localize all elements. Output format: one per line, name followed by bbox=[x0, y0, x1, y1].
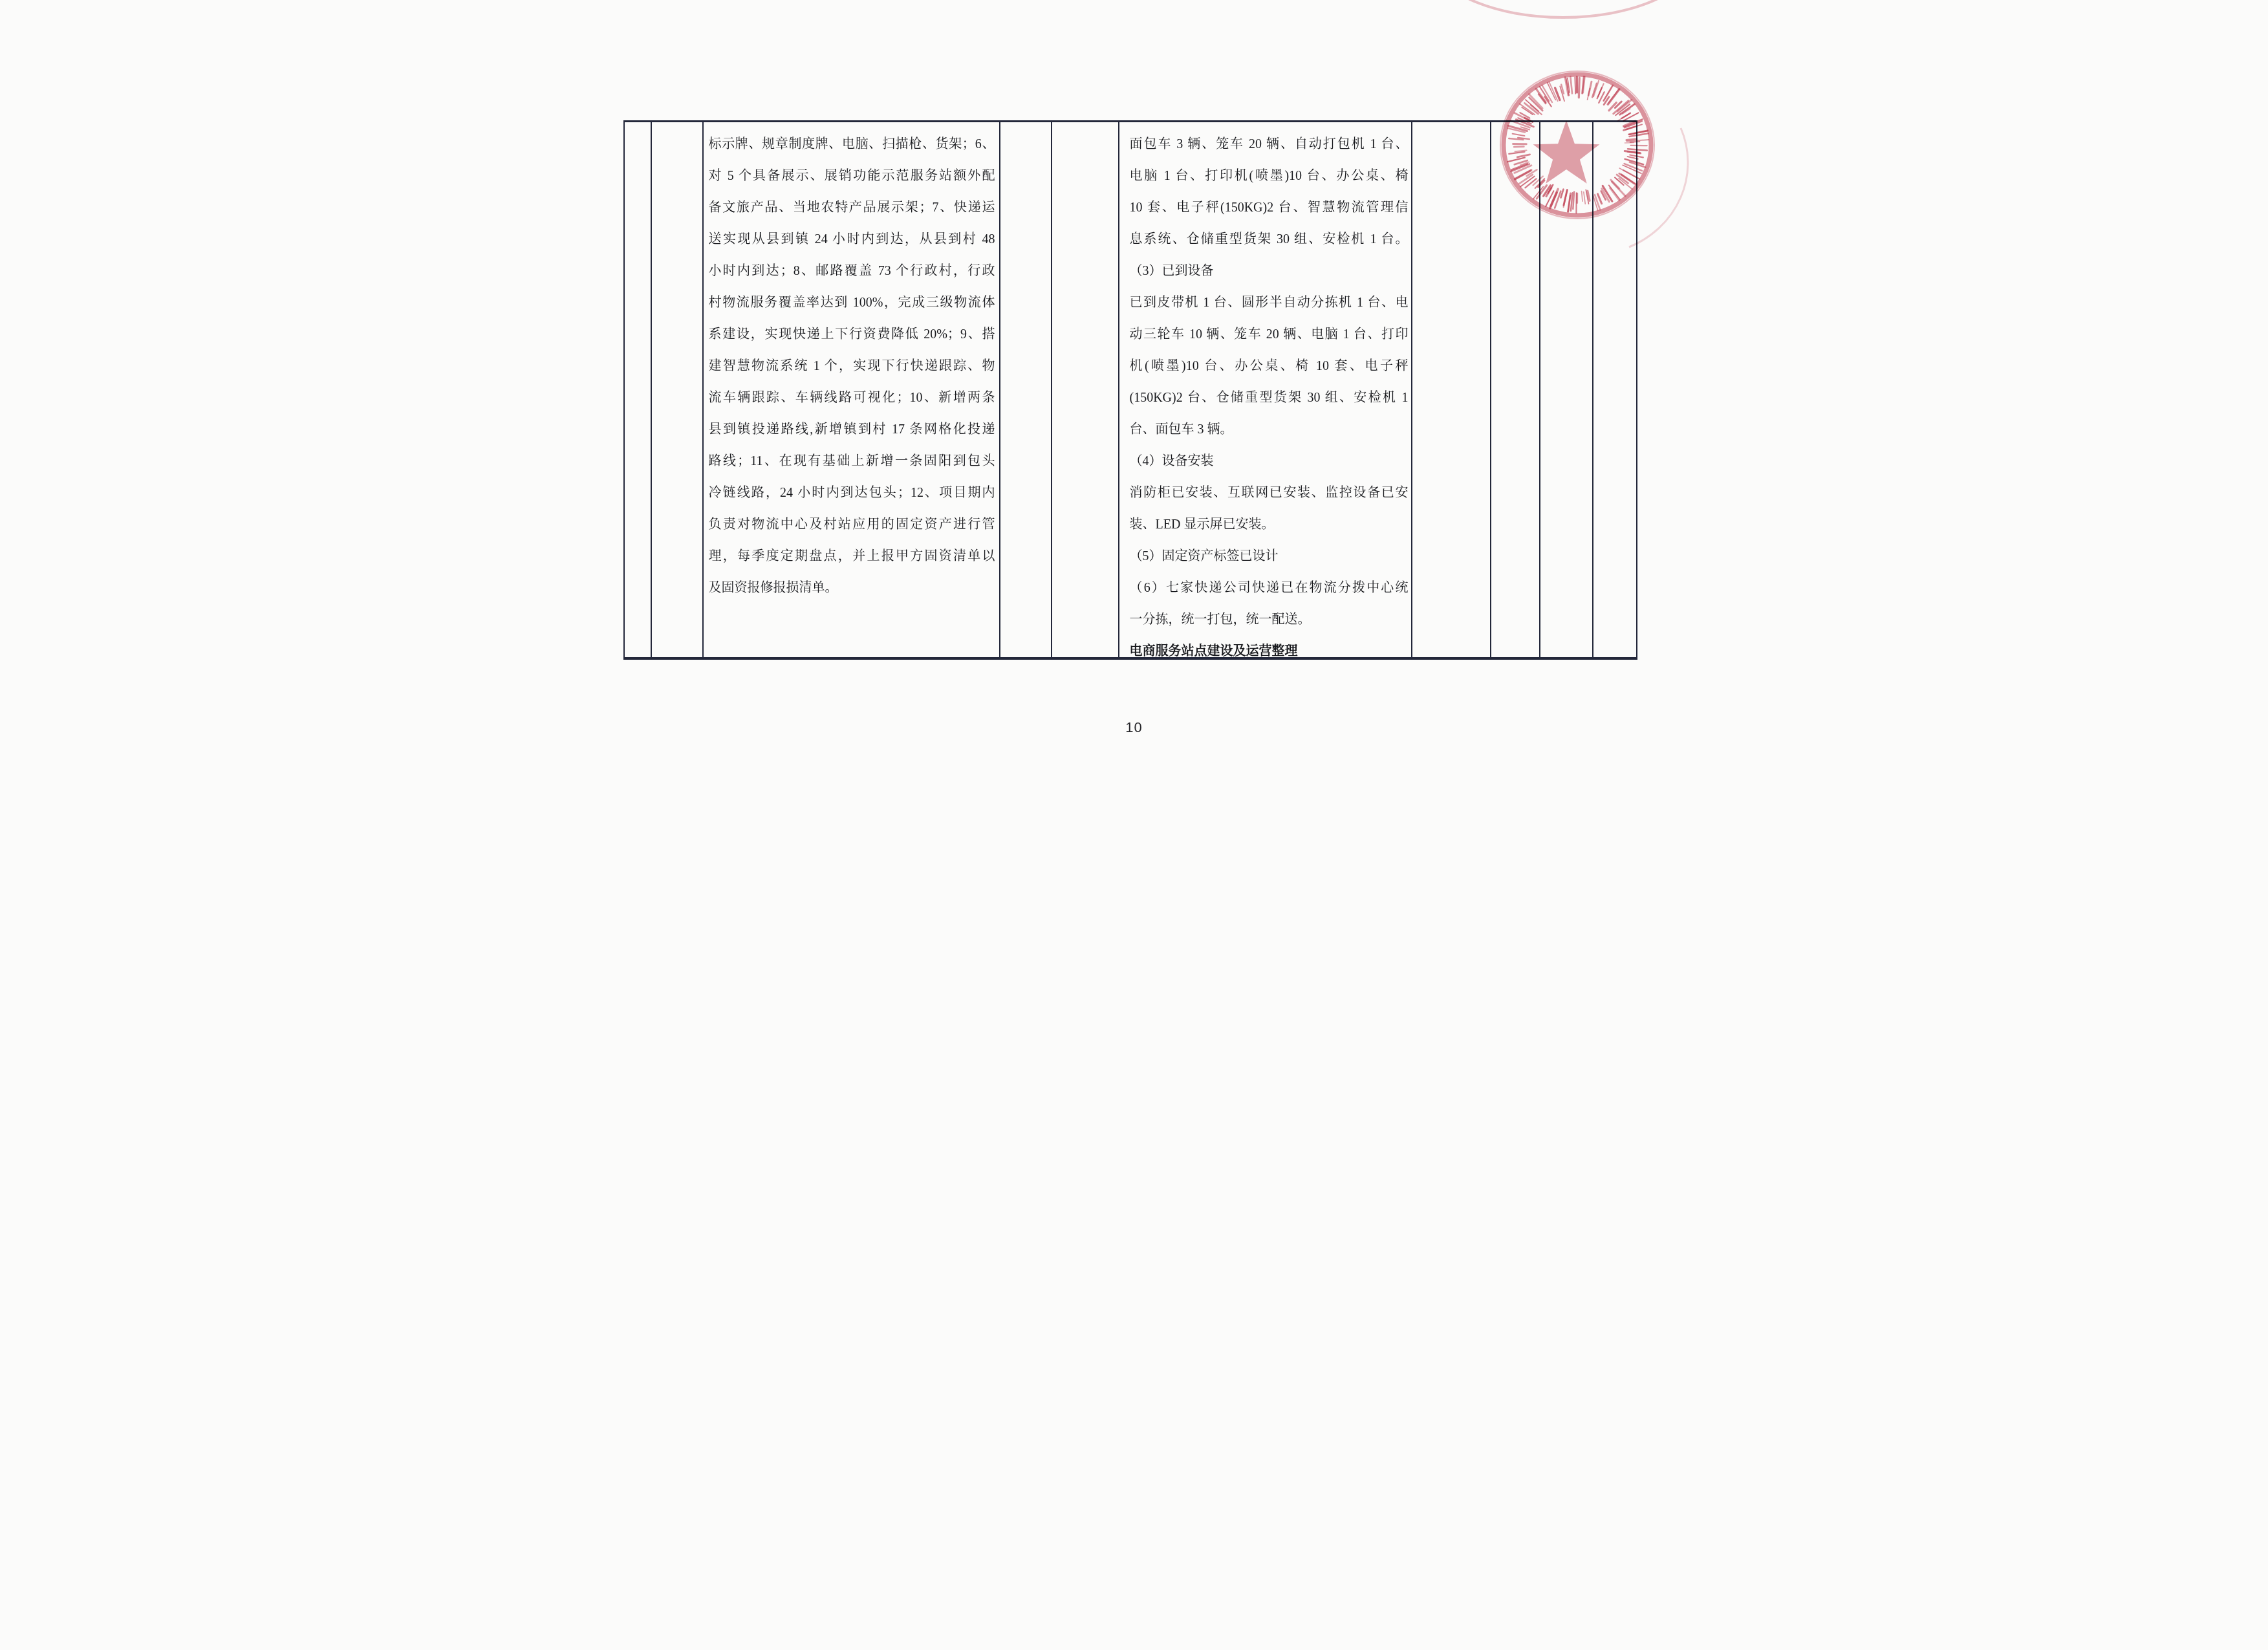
table-gridline bbox=[1592, 122, 1593, 657]
text-line: 负责对物流中心及村站应用的固定资产进行管 bbox=[709, 509, 995, 541]
text-line: 台、面包车 3 辆。 bbox=[1130, 414, 1409, 446]
seal-script-stroke bbox=[1615, 104, 1630, 115]
text-line: 装、LED 显示屏已安装。 bbox=[1130, 509, 1409, 541]
seal-script-stroke bbox=[1575, 77, 1575, 94]
text-line: （3）已到设备 bbox=[1130, 255, 1409, 287]
seal-script-stroke bbox=[1570, 77, 1572, 94]
work-content-cell: 标示牌、规章制度牌、电脑、扫描枪、货架；6、对 5 个具备展示、展销功能示范服务… bbox=[702, 122, 999, 657]
seal-script-stroke bbox=[1592, 83, 1597, 98]
seal-script-stroke bbox=[1623, 113, 1638, 120]
page-number: 10 bbox=[567, 719, 1701, 736]
seal-script-stroke bbox=[1604, 97, 1609, 105]
text-line: （4）设备安装 bbox=[1130, 446, 1409, 477]
seal-script-stroke bbox=[1544, 96, 1551, 106]
seal-script-stroke bbox=[1613, 101, 1628, 114]
seal-script-stroke bbox=[1608, 89, 1619, 105]
seal-script-stroke bbox=[1582, 77, 1584, 93]
seal-script-stroke bbox=[1608, 103, 1615, 111]
seal-script-stroke bbox=[1593, 81, 1599, 96]
text-line: 对 5 个具备展示、展销功能示范服务站额外配 bbox=[709, 160, 995, 192]
seal-script-stroke bbox=[1524, 103, 1538, 114]
seal-script-stroke bbox=[1617, 100, 1632, 111]
seal-script-stroke bbox=[1539, 94, 1546, 103]
seal-script-stroke bbox=[1536, 89, 1546, 102]
table-gridline bbox=[1411, 122, 1412, 657]
text-line: 备文旅产品、当地农特产品展示架；7、快递运 bbox=[709, 192, 995, 224]
text-line: 10 套、电子秤(150KG)2 台、智慧物流管理信 bbox=[1130, 192, 1409, 224]
seal-script-stroke bbox=[1519, 104, 1534, 115]
seal-script-stroke bbox=[1597, 88, 1601, 99]
seal-script-stroke bbox=[1530, 105, 1541, 114]
seal-script-stroke bbox=[1567, 78, 1569, 92]
seal-script-stroke bbox=[1539, 87, 1549, 102]
seal-script-stroke bbox=[1542, 85, 1552, 103]
table-gridline bbox=[1051, 122, 1052, 657]
text-line: 理，每季度定期盘点，并上报甲方固资清单以 bbox=[709, 541, 995, 572]
text-line: （6）七家快递公司快递已在物流分拨中心统 bbox=[1130, 572, 1409, 604]
table-gridline bbox=[651, 122, 652, 657]
seal-script-stroke bbox=[1555, 88, 1559, 100]
text-line: 标示牌、规章制度牌、电脑、扫描枪、货架；6、 bbox=[709, 129, 995, 160]
text-line: 系建设，实现快递上下行资费降低 20%；9、搭 bbox=[709, 319, 995, 351]
seal-script-stroke bbox=[1579, 78, 1579, 98]
text-line: 及固资报修报损清单。 bbox=[709, 572, 995, 604]
text-line: 一分拣，统一打包，统一配送。 bbox=[1130, 604, 1409, 636]
seal-script-stroke bbox=[1588, 81, 1592, 96]
text-line: 面包车 3 辆、笼车 20 辆、自动打包机 1 台、 bbox=[1130, 129, 1409, 160]
text-line: 电脑 1 台、打印机(喷墨)10 台、办公桌、椅 bbox=[1130, 160, 1409, 192]
text-line: 村物流服务覆盖率达到 100%，完成三级物流体 bbox=[709, 287, 995, 319]
text-line: 机(喷墨)10 台、办公桌、椅 10 套、电子秤 bbox=[1130, 351, 1409, 382]
text-line: 电商服务站点建设及运营整理 bbox=[1130, 636, 1409, 668]
seal-script-stroke bbox=[1561, 85, 1564, 94]
seal-script-stroke bbox=[1522, 107, 1533, 115]
text-line: 小时内到达；8、邮路覆盖 73 个行政村，行政 bbox=[709, 255, 995, 287]
text-line: 冷链线路，24 小时内到达包头；12、项目期内 bbox=[709, 477, 995, 509]
ghost-stamp-arc-right bbox=[1629, 128, 1688, 247]
project-progress-table: 标示牌、规章制度牌、电脑、扫描枪、货架；6、对 5 个具备展示、展销功能示范服务… bbox=[623, 120, 1637, 660]
seal-script-stroke bbox=[1529, 98, 1542, 111]
text-line: 已到皮带机 1 台、圆形半自动分拣机 1 台、电 bbox=[1130, 287, 1409, 319]
seal-script-stroke bbox=[1549, 82, 1557, 102]
seal-script-stroke bbox=[1621, 113, 1630, 118]
seal-script-stroke bbox=[1615, 102, 1621, 108]
seal-script-stroke bbox=[1529, 94, 1542, 109]
table-gridline bbox=[999, 122, 1000, 657]
seal-script-stroke bbox=[1608, 89, 1619, 103]
text-line: （5）固定资产标签已设计 bbox=[1130, 541, 1409, 572]
seal-script-stroke bbox=[1547, 83, 1555, 100]
table-gridline bbox=[1490, 122, 1491, 657]
text-line: (150KG)2 台、仓储重型货架 30 组、安检机 1 bbox=[1130, 382, 1409, 414]
ghost-stamp-arc-top bbox=[1431, 0, 1696, 17]
seal-script-stroke bbox=[1560, 86, 1564, 101]
table-gridline bbox=[1539, 122, 1540, 657]
text-line: 消防柜已安装、互联网已安装、监控设备已安 bbox=[1130, 477, 1409, 509]
text-line: 县到镇投递路线,新增镇到村 17 条网格化投递 bbox=[709, 414, 995, 446]
seal-script-stroke bbox=[1565, 78, 1568, 96]
seal-script-stroke bbox=[1515, 113, 1530, 121]
completion-status-cell: 面包车 3 辆、笼车 20 辆、自动打包机 1 台、电脑 1 台、打印机(喷墨)… bbox=[1118, 122, 1411, 657]
seal-script-stroke bbox=[1619, 104, 1634, 114]
seal-script-stroke bbox=[1520, 113, 1529, 118]
seal-script-stroke bbox=[1566, 78, 1569, 95]
scanned-document-page: 标示牌、规章制度牌、电脑、扫描枪、货架；6、对 5 个具备展示、展销功能示范服务… bbox=[567, 0, 1701, 825]
seal-script-stroke bbox=[1587, 89, 1590, 100]
text-line: 息系统、仓储重型货架 30 组、安检机 1 台。 bbox=[1130, 224, 1409, 255]
text-line: 流车辆跟踪、车辆线路可视化；10、新增两条 bbox=[709, 382, 995, 414]
text-line: 送实现从县到镇 24 小时内到达，从县到村 48 bbox=[709, 224, 995, 255]
seal-script-stroke bbox=[1603, 85, 1612, 101]
seal-script-stroke bbox=[1622, 109, 1630, 114]
seal-script-stroke bbox=[1525, 100, 1539, 111]
text-line: 建智慧物流系统 1 个，实现下行快递跟踪、物 bbox=[709, 351, 995, 382]
text-line: 路线；11、在现有基础上新增一条固阳到包头 bbox=[709, 446, 995, 477]
seal-script-stroke bbox=[1582, 76, 1584, 93]
seal-script-stroke bbox=[1598, 83, 1604, 96]
seal-script-stroke bbox=[1599, 92, 1604, 103]
text-line: 动三轮车 10 辆、笼车 20 辆、电脑 1 台、打印 bbox=[1130, 319, 1409, 351]
